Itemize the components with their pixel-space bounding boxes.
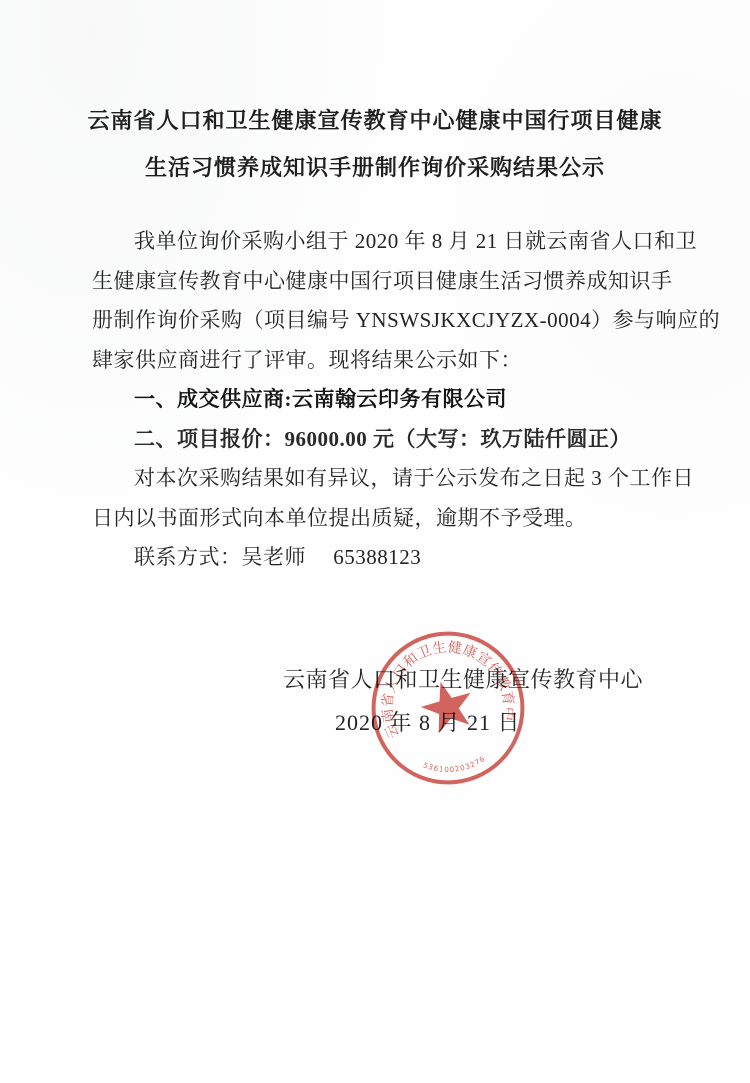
body-line: 我单位询价采购小组于 2020 年 8 月 21 日就云南省人口和卫 [92,222,670,262]
body-line: 肆家供应商进行了评审。现将结果公示如下： [92,341,670,381]
body-line: 对本次采购结果如有异议，请于公示发布之日起 3 个工作日 [92,459,670,499]
official-seal: 云南省人口和卫生健康宣传教育中心 5361002032769 [368,628,528,788]
body-line-winning-supplier: 一、成交供应商:云南翰云印务有限公司 [92,380,670,420]
body-line: 日内以书面形式向本单位提出质疑，逾期不予受理。 [92,499,670,539]
title-line-2: 生活习惯养成知识手册制作询价采购结果公示 [0,144,750,191]
title-line-1: 云南省人口和卫生健康宣传教育中心健康中国行项目健康 [0,97,750,144]
document-title: 云南省人口和卫生健康宣传教育中心健康中国行项目健康 生活习惯养成知识手册制作询价… [0,97,750,191]
body-line: 册制作询价采购（项目编号 YNSWSJKXCJYZX-0004）参与响应的 [92,301,670,341]
body-line-contact: 联系方式：吴老师 65388123 [92,538,670,578]
document-page: 云南省人口和卫生健康宣传教育中心健康中国行项目健康 生活习惯养成知识手册制作询价… [0,0,750,1083]
star-icon [416,675,479,737]
body-line: 生健康宣传教育中心健康中国行项目健康生活习惯养成知识手 [92,262,670,302]
document-body: 我单位询价采购小组于 2020 年 8 月 21 日就云南省人口和卫 生健康宣传… [92,222,670,578]
body-line-project-price: 二、项目报价：96000.00 元（大写：玖万陆仟圆正） [92,420,670,460]
